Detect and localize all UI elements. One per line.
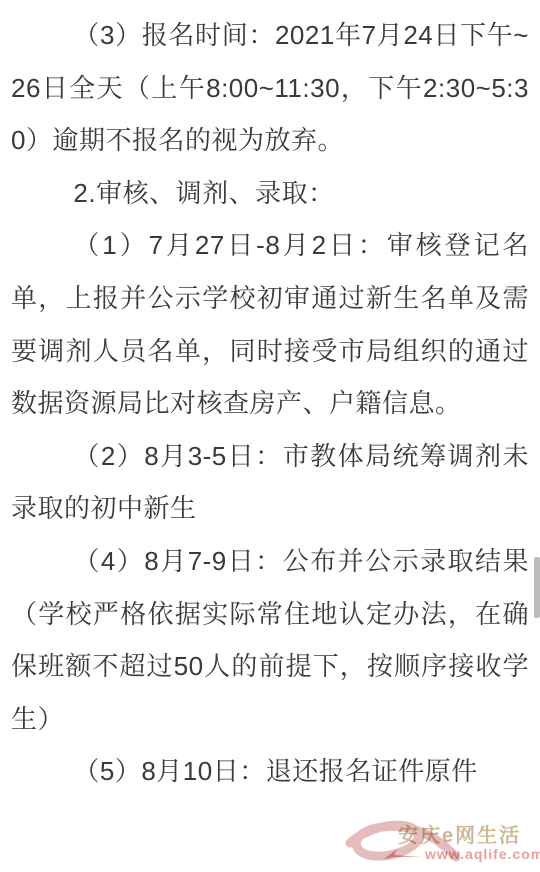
- paragraph: （2）8月3-5日：市教体局统筹调剂未录取的初中新生: [11, 430, 529, 535]
- paragraph: （3）报名时间：2021年7月24日下午~26日全天（上午8:00~11:30，…: [11, 9, 529, 167]
- paragraph: （1）7月27日-8月2日：审核登记名单，上报并公示学校初审通过新生名单及需要调…: [11, 219, 529, 429]
- scrollbar-thumb[interactable]: [534, 557, 540, 618]
- watermark-site-url: www.aqlife.com: [425, 846, 540, 862]
- paragraph: 2.审核、调剂、录取：: [11, 167, 529, 220]
- watermark-site-name: 安庆e网生活: [398, 819, 521, 848]
- site-watermark: 安庆e网生活 www.aqlife.com: [325, 805, 540, 870]
- e-swoosh-icon: [328, 813, 460, 869]
- paragraph: （4）8月7-9日：公布并公示录取结果（学校严格依据实际常住地认定办法，在确保班…: [11, 535, 529, 745]
- paragraph: （5）8月10日：退还报名证件原件: [11, 745, 529, 798]
- arrow-swoosh-icon: [383, 846, 423, 862]
- article-body: （3）报名时间：2021年7月24日下午~26日全天（上午8:00~11:30，…: [0, 0, 540, 798]
